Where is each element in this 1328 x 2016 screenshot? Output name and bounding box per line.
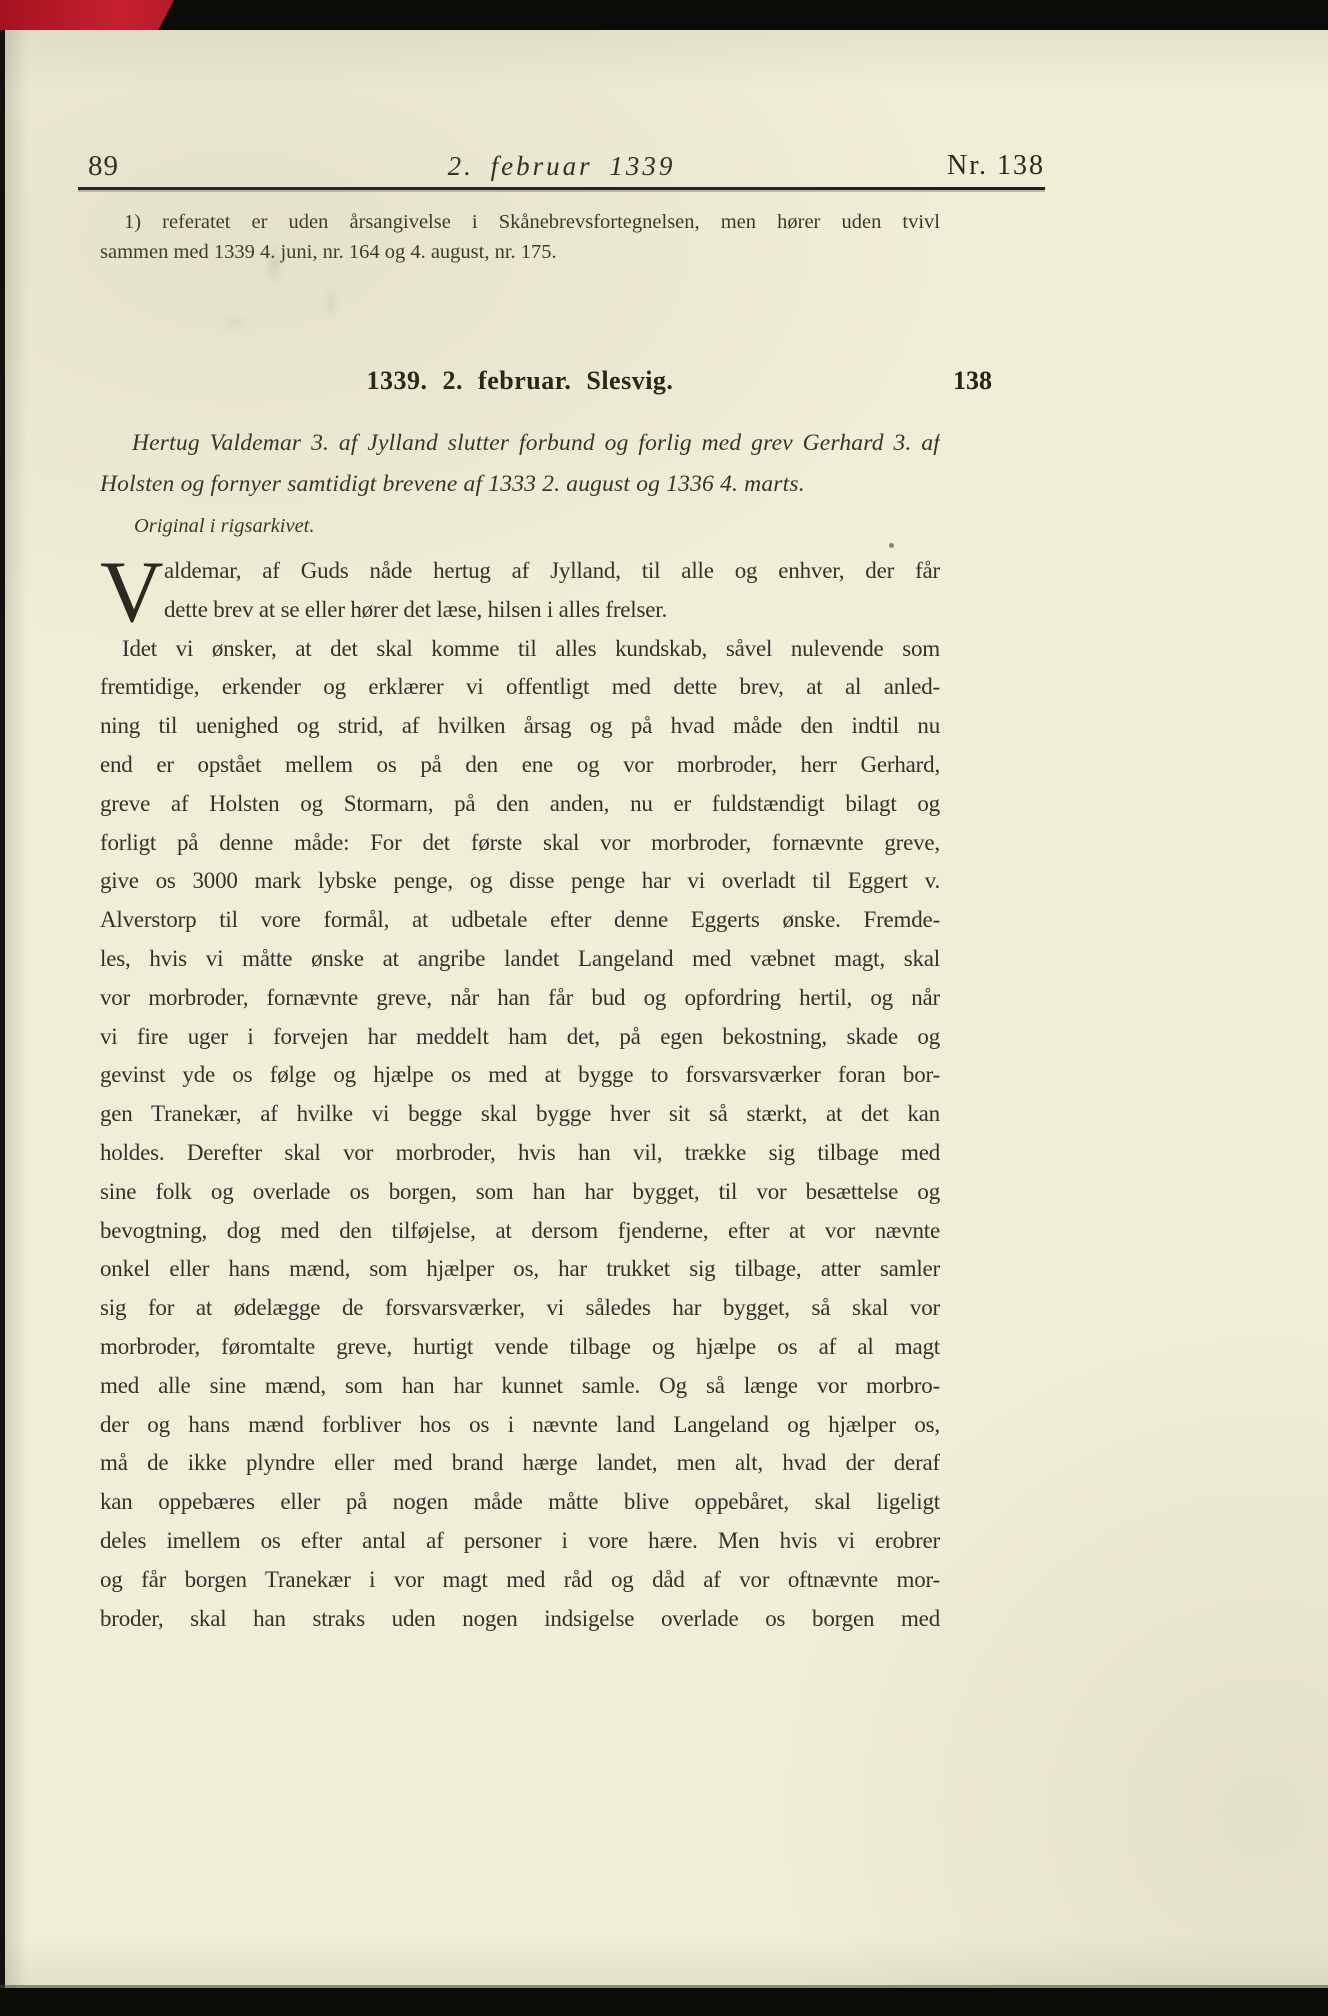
document-number-label: Nr. 138 — [78, 150, 1045, 182]
text-line: broder, skal han straks uden nogen indsi… — [100, 1606, 940, 1645]
text-line: deles imellem os efter antal af personer… — [100, 1528, 940, 1567]
text-line: Holsten og fornyer samtidigt brevene af … — [100, 471, 940, 512]
source-note: Original i rigsarkivet. — [134, 515, 315, 538]
text-line: kan oppebæres eller på nogen måde måtte … — [100, 1489, 940, 1528]
letter-body: V aldemar, af Guds nåde hertug af Jyllan… — [100, 558, 940, 1644]
text-line: vi fire uger i forvejen har meddelt ham … — [100, 1024, 940, 1063]
ink-speck — [889, 543, 894, 548]
text-line: Idet vi ønsker, at det skal komme til al… — [100, 636, 940, 675]
body-paragraph: V aldemar, af Guds nåde hertug af Jyllan… — [100, 558, 940, 636]
text-line: vor morbroder, fornævnte greve, når han … — [100, 985, 940, 1024]
scan-top-edge — [0, 0, 1328, 30]
text-line: fremtidige, erkender og erklærer vi offe… — [100, 674, 940, 713]
page-scan: 89 2. februar 1339 Nr. 138 1) referatet … — [0, 0, 1328, 2016]
text-line: give os 3000 mark lybske penge, og disse… — [100, 868, 940, 907]
text-line: sine folk og overlade os borgen, som han… — [100, 1179, 940, 1218]
text-line: onkel eller hans mænd, som hjælper os, h… — [100, 1256, 940, 1295]
entry-summary: Hertug Valdemar 3. af Jylland slutter fo… — [100, 430, 940, 512]
text-line: ning til uenighed og strid, af hvilken å… — [100, 713, 940, 752]
entry-number: 138 — [930, 366, 992, 396]
text-line: les, hvis vi måtte ønske at angribe land… — [100, 946, 940, 985]
text-line: gen Tranekær, af hvilke vi begge skal by… — [100, 1101, 940, 1140]
text-line: og får borgen Tranekær i vor magt med rå… — [100, 1567, 940, 1606]
scan-left-edge — [0, 0, 5, 2016]
text-line: gevinst yde os følge og hjælpe os med at… — [100, 1062, 940, 1101]
text-line: end er opstået mellem os på den ene og v… — [100, 752, 940, 791]
header-rule — [78, 187, 1045, 190]
paragraph-lines: aldemar, af Guds nåde hertug af Jylland,… — [164, 558, 940, 636]
text-line: aldemar, af Guds nåde hertug af Jylland,… — [164, 558, 940, 597]
text-line: bevogtning, dog med den tilføjelse, at d… — [100, 1218, 940, 1257]
bleed-through-marks — [170, 225, 430, 355]
text-line: må de ikke plyndre eller med brand hærge… — [100, 1450, 940, 1489]
entry-heading: 1339. 2. februar. Slesvig. — [100, 366, 940, 396]
scan-bottom-edge — [0, 1988, 1328, 2016]
text-line: Hertug Valdemar 3. af Jylland slutter fo… — [100, 430, 940, 471]
text-line: morbroder, føromtalte greve, hurtigt ven… — [100, 1334, 940, 1373]
text-line: holdes. Derefter skal vor morbroder, hvi… — [100, 1140, 940, 1179]
red-tape-mark — [0, 0, 174, 30]
text-line: der og hans mænd forbliver hos os i nævn… — [100, 1412, 940, 1451]
text-line: forligt på denne måde: For det første sk… — [100, 830, 940, 869]
body-paragraph: Idet vi ønsker, at det skal komme til al… — [100, 636, 940, 1645]
text-line: sig for at ødelægge de forsvarsværker, v… — [100, 1295, 940, 1334]
drop-cap: V — [100, 554, 163, 632]
text-line: Alverstorp til vore formål, at udbetale … — [100, 907, 940, 946]
text-line: med alle sine mænd, som han har kunnet s… — [100, 1373, 940, 1412]
text-line: dette brev at se eller hører det læse, h… — [164, 597, 940, 636]
text-line: greve af Holsten og Stormarn, på den and… — [100, 791, 940, 830]
